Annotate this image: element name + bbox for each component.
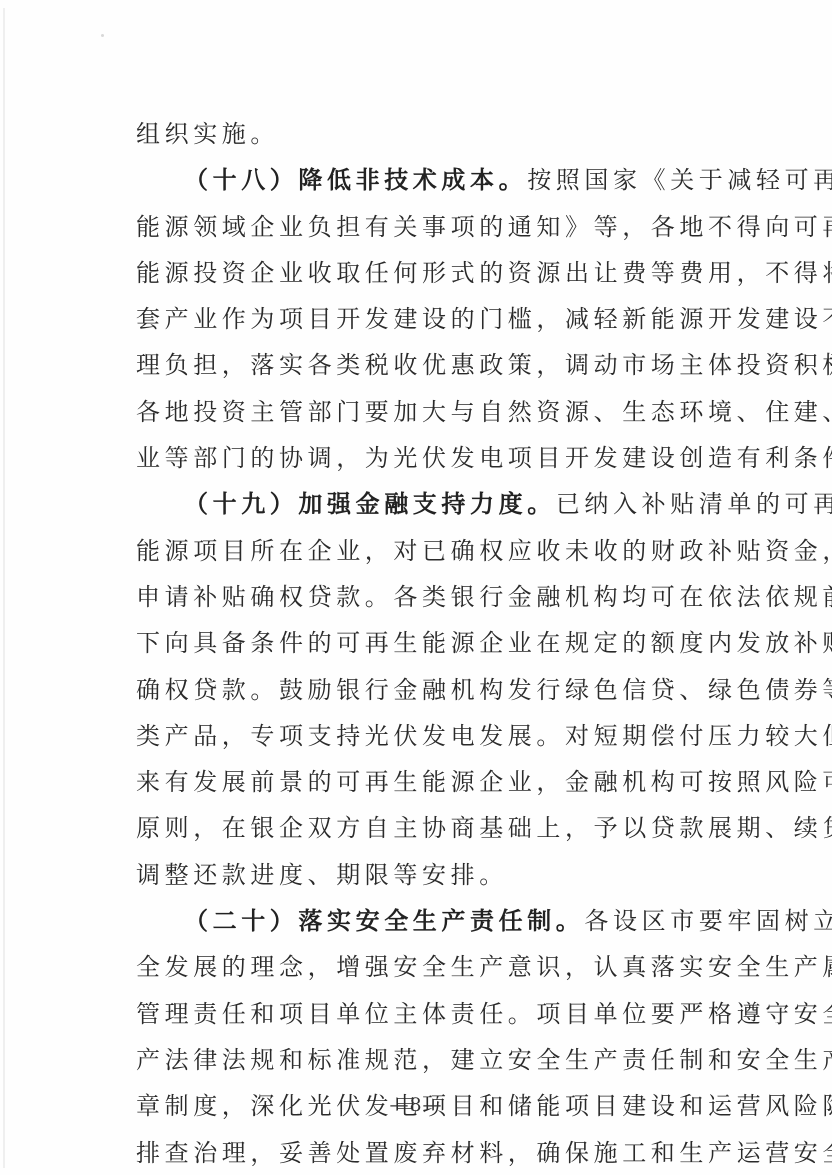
scan-edge-line: [3, 8, 5, 1168]
line-text: 业等部门的协调，为光伏发电项目开发建设创造有利条件。: [136, 444, 832, 472]
text-line: 类产品，专项支持光伏发电发展。对短期偿付压力较大但未: [136, 713, 722, 759]
line-text: 能源投资企业收取任何形式的资源出让费等费用，不得将配: [136, 259, 832, 287]
line-text: 原则，在银企双方自主协商基础上，予以贷款展期、续贷或: [136, 814, 832, 842]
line-text: 各地投资主管部门要加大与自然资源、生态环境、住建、林: [136, 398, 832, 426]
text-line: 确权贷款。鼓励银行金融机构发行绿色信贷、绿色债券等各: [136, 667, 722, 713]
text-line: 各地投资主管部门要加大与自然资源、生态环境、住建、林: [136, 389, 722, 435]
section-heading: （十九）加强金融支持力度。: [184, 490, 556, 518]
text-line: 套产业作为项目开发建设的门槛，减轻新能源开发建设不合: [136, 296, 722, 342]
section-heading: （十八）降低非技术成本。: [184, 166, 527, 194]
line-text: 排查治理，妥善处置废弃材料，确保施工和生产运营安全。: [136, 1139, 832, 1167]
line-text: 调整还款进度、期限等安排。: [136, 861, 508, 889]
line-text: 理负担，落实各类税收优惠政策，调动市场主体投资积极性。: [136, 351, 832, 379]
text-line: 全发展的理念，增强安全生产意识，认真落实安全生产属地: [136, 944, 722, 990]
page-number: —8—: [0, 1094, 832, 1116]
line-text: 确权贷款。鼓励银行金融机构发行绿色信贷、绿色债券等各: [136, 676, 832, 704]
section-20-heading-line: （二十）落实安全生产责任制。各设区市要牢固树立安: [136, 898, 722, 944]
text-line: 原则，在银企双方自主协商基础上，予以贷款展期、续贷或: [136, 805, 722, 851]
text-line: 来有发展前景的可再生能源企业，金融机构可按照风险可控: [136, 759, 722, 805]
line-text: 已纳入补贴清单的可再生: [556, 490, 832, 518]
text-line: 业等部门的协调，为光伏发电项目开发建设创造有利条件。: [136, 435, 722, 481]
line-text: 管理责任和项目单位主体责任。项目单位要严格遵守安全生: [136, 1000, 832, 1028]
line-text: 能源项目所在企业，对已确权应收未收的财政补贴资金，可: [136, 537, 832, 565]
text-line: 排查治理，妥善处置废弃材料，确保施工和生产运营安全。: [136, 1130, 722, 1175]
section-18-heading-line: （十八）降低非技术成本。按照国家《关于减轻可再生: [136, 157, 722, 203]
line-text: 各设区市要牢固树立安: [584, 907, 832, 935]
line-text: 按照国家《关于减轻可再生: [527, 166, 832, 194]
document-page: 组织实施。 （十八）降低非技术成本。按照国家《关于减轻可再生 能源领域企业负担有…: [0, 0, 832, 1175]
text-line: 管理责任和项目单位主体责任。项目单位要严格遵守安全生: [136, 991, 722, 1037]
line-text: 下向具备条件的可再生能源企业在规定的额度内发放补贴: [136, 629, 832, 657]
text-line: 产法律法规和标准规范，建立安全生产责任制和安全生产规: [136, 1037, 722, 1083]
line-text: 申请补贴确权贷款。各类银行金融机构均可在依法依规前提: [136, 583, 832, 611]
line-text: 产法律法规和标准规范，建立安全生产责任制和安全生产规: [136, 1046, 832, 1074]
text-line: 组织实施。: [136, 111, 722, 157]
line-text: 类产品，专项支持光伏发电发展。对短期偿付压力较大但未: [136, 722, 832, 750]
section-19-heading-line: （十九）加强金融支持力度。已纳入补贴清单的可再生: [136, 481, 722, 527]
text-line: 理负担，落实各类税收优惠政策，调动市场主体投资积极性。: [136, 342, 722, 388]
line-text: 组织实施。: [136, 120, 279, 148]
text-line: 能源领域企业负担有关事项的通知》等，各地不得向可再生: [136, 204, 722, 250]
line-text: 套产业作为项目开发建设的门槛，减轻新能源开发建设不合: [136, 305, 832, 333]
text-line: 下向具备条件的可再生能源企业在规定的额度内发放补贴: [136, 620, 722, 666]
text-line: 调整还款进度、期限等安排。: [136, 852, 722, 898]
text-line: 能源项目所在企业，对已确权应收未收的财政补贴资金，可: [136, 528, 722, 574]
document-body: 组织实施。 （十八）降低非技术成本。按照国家《关于减轻可再生 能源领域企业负担有…: [136, 111, 722, 1175]
text-line: 申请补贴确权贷款。各类银行金融机构均可在依法依规前提: [136, 574, 722, 620]
section-heading: （二十）落实安全生产责任制。: [184, 907, 584, 935]
scan-artifact-dot: [101, 34, 104, 37]
text-line: 能源投资企业收取任何形式的资源出让费等费用，不得将配: [136, 250, 722, 296]
line-text: 全发展的理念，增强安全生产意识，认真落实安全生产属地: [136, 953, 832, 981]
line-text: 来有发展前景的可再生能源企业，金融机构可按照风险可控: [136, 768, 832, 796]
line-text: 能源领域企业负担有关事项的通知》等，各地不得向可再生: [136, 213, 832, 241]
